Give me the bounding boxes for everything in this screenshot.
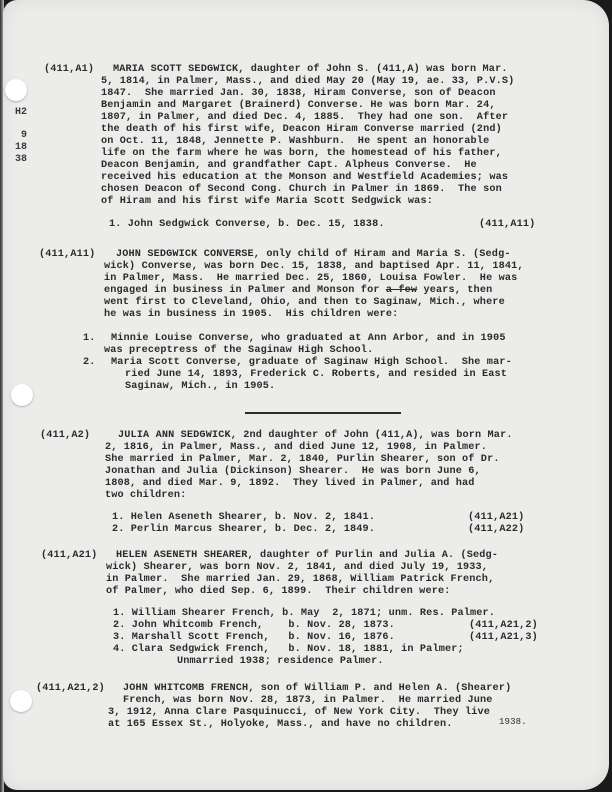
entry-line: 3, 1912, Anna Clare Pasquinucci, of New … bbox=[108, 707, 490, 719]
section-divider bbox=[245, 412, 401, 414]
entry-line: JOHN SEDGWICK CONVERSE, only child of Hi… bbox=[116, 249, 511, 261]
entry-line: in Palmer, Mass. He married Dec. 25, 186… bbox=[104, 273, 517, 285]
child-line: 1. William Shearer French, b. May 2, 187… bbox=[113, 608, 495, 620]
child-ref: (411,A11) bbox=[479, 219, 535, 231]
entry-line-head: engaged in business in Palmer and Monson… bbox=[104, 285, 380, 296]
entry-line: wick) Shearer, was born Nov. 2, 1841, an… bbox=[106, 562, 488, 574]
entry-line: JULIA ANN SEDGWICK, 2nd daughter of John… bbox=[118, 430, 513, 442]
typewritten-page: H2 9 18 38 (411,A1) MARIA SCOTT SEDGWICK… bbox=[3, 0, 609, 790]
entry-line: Deacon Benjamin, and grandfather Capt. A… bbox=[101, 160, 477, 172]
entry-line: of Palmer, who died Sep. 6, 1899. Their … bbox=[106, 586, 451, 598]
punch-hole-top bbox=[5, 79, 27, 101]
child-ref: (411,A21,3) bbox=[469, 632, 538, 644]
struck-text: a few bbox=[386, 285, 417, 296]
entry-line: Benjamin and Margaret (Brainerd) Convers… bbox=[101, 100, 496, 112]
margin-note-38: 38 bbox=[7, 155, 27, 165]
entry-ref: (411,A21) bbox=[41, 550, 97, 562]
child-line: Minnie Louise Converse, who graduated at… bbox=[111, 333, 506, 345]
child-line: Saginaw, Mich., in 1905. bbox=[125, 381, 275, 393]
entry-line: 2, 1816, in Palmer, Mass., and died June… bbox=[105, 442, 487, 454]
entry-line: 5, 1814, in Palmer, Mass., and died May … bbox=[101, 76, 514, 88]
entry-line: chosen Deacon of Second Cong. Church in … bbox=[101, 184, 502, 196]
entry-line: wick) Converse, was born Dec. 15, 1838, … bbox=[104, 261, 524, 273]
child-line: 4. Clara Sedgwick French, b. Nov. 18, 18… bbox=[113, 644, 464, 656]
punch-hole-middle bbox=[11, 384, 33, 406]
entry-line: She married in Palmer, Mar. 2, 1840, Pur… bbox=[105, 454, 500, 466]
entry-line: the death of his first wife, Deacon Hira… bbox=[101, 124, 502, 136]
punch-hole-bottom bbox=[10, 690, 32, 712]
child-line: 2. Perlin Marcus Shearer, b. Dec. 2, 184… bbox=[112, 524, 375, 536]
child-num: 1. bbox=[83, 333, 96, 345]
entry-line: 1847. She married Jan. 30, 1838, Hiram C… bbox=[101, 88, 496, 100]
child-line: Maria Scott Converse, graduate of Sagina… bbox=[111, 357, 512, 369]
entry-line: MARIA SCOTT SEDGWICK, daughter of John S… bbox=[113, 64, 508, 76]
entry-line: HELEN ASENETH SHEARER, daughter of Purli… bbox=[116, 550, 498, 562]
entry-line: he was in business in 1905. His children… bbox=[104, 309, 398, 321]
entry-line: of Hiram and his first wife Maria Scott … bbox=[101, 196, 433, 208]
child-ref: (411,A21,2) bbox=[469, 620, 538, 632]
child-num: 2. bbox=[83, 357, 96, 369]
entry-line: Jonathan and Julia (Dickinson) Shearer. … bbox=[105, 466, 481, 478]
entry-line: received his education at the Monson and… bbox=[101, 172, 508, 184]
entry-ref: (411,A11) bbox=[39, 249, 95, 261]
handwritten-year-note: 1938. bbox=[499, 716, 527, 728]
entry-ref: (411,A2) bbox=[40, 430, 90, 442]
child-line: 1. John Sedgwick Converse, b. Dec. 15, 1… bbox=[109, 219, 385, 231]
child-line: 1. Helen Aseneth Shearer, b. Nov. 2, 184… bbox=[112, 512, 375, 524]
child-line: 2. John Whitcomb French, b. Nov. 28, 187… bbox=[113, 620, 395, 632]
entry-line: on Oct. 11, 1848, Jennette P. Washburn. … bbox=[101, 136, 489, 148]
child-line: 3. Marshall Scott French, b. Nov. 16, 18… bbox=[113, 632, 395, 644]
child-line: was preceptress of the Saginaw High Scho… bbox=[104, 345, 373, 357]
entry-line: in Palmer. She married Jan. 29, 1868, Wi… bbox=[106, 574, 494, 586]
entry-ref: (411,A1) bbox=[44, 64, 94, 76]
entry-line: at 165 Essex St., Holyoke, Mass., and ha… bbox=[108, 719, 453, 731]
margin-note-18: 18 bbox=[7, 143, 27, 153]
child-ref: (411,A22) bbox=[468, 524, 524, 536]
entry-line: 1808, and died Mar. 9, 1892. They lived … bbox=[105, 478, 475, 490]
entry-line: JOHN WHITCOMB FRENCH, son of William P. … bbox=[123, 683, 511, 695]
entry-line: life on the farm where he was born, the … bbox=[101, 148, 502, 160]
margin-note-h2: H2 bbox=[7, 108, 27, 118]
margin-note-9: 9 bbox=[7, 131, 27, 141]
entry-line-tail: years, then bbox=[417, 285, 492, 296]
entry-line-with-strike: engaged in business in Palmer and Monson… bbox=[104, 285, 492, 297]
entry-line: 1807, in Palmer, and died Dec. 4, 1885. … bbox=[101, 112, 508, 124]
entry-line: two children: bbox=[105, 490, 186, 502]
child-ref: (411,A21) bbox=[468, 512, 524, 524]
entry-line: French, was born Nov. 28, 1873, in Palme… bbox=[123, 695, 493, 707]
child-line-continuation: Unmarried 1938; residence Palmer. bbox=[177, 656, 384, 668]
entry-line: went first to Cleveland, Ohio, and then … bbox=[104, 297, 505, 309]
child-line: ried June 14, 1893, Frederick C. Roberts… bbox=[125, 369, 507, 381]
entry-ref: (411,A21,2) bbox=[36, 683, 105, 695]
